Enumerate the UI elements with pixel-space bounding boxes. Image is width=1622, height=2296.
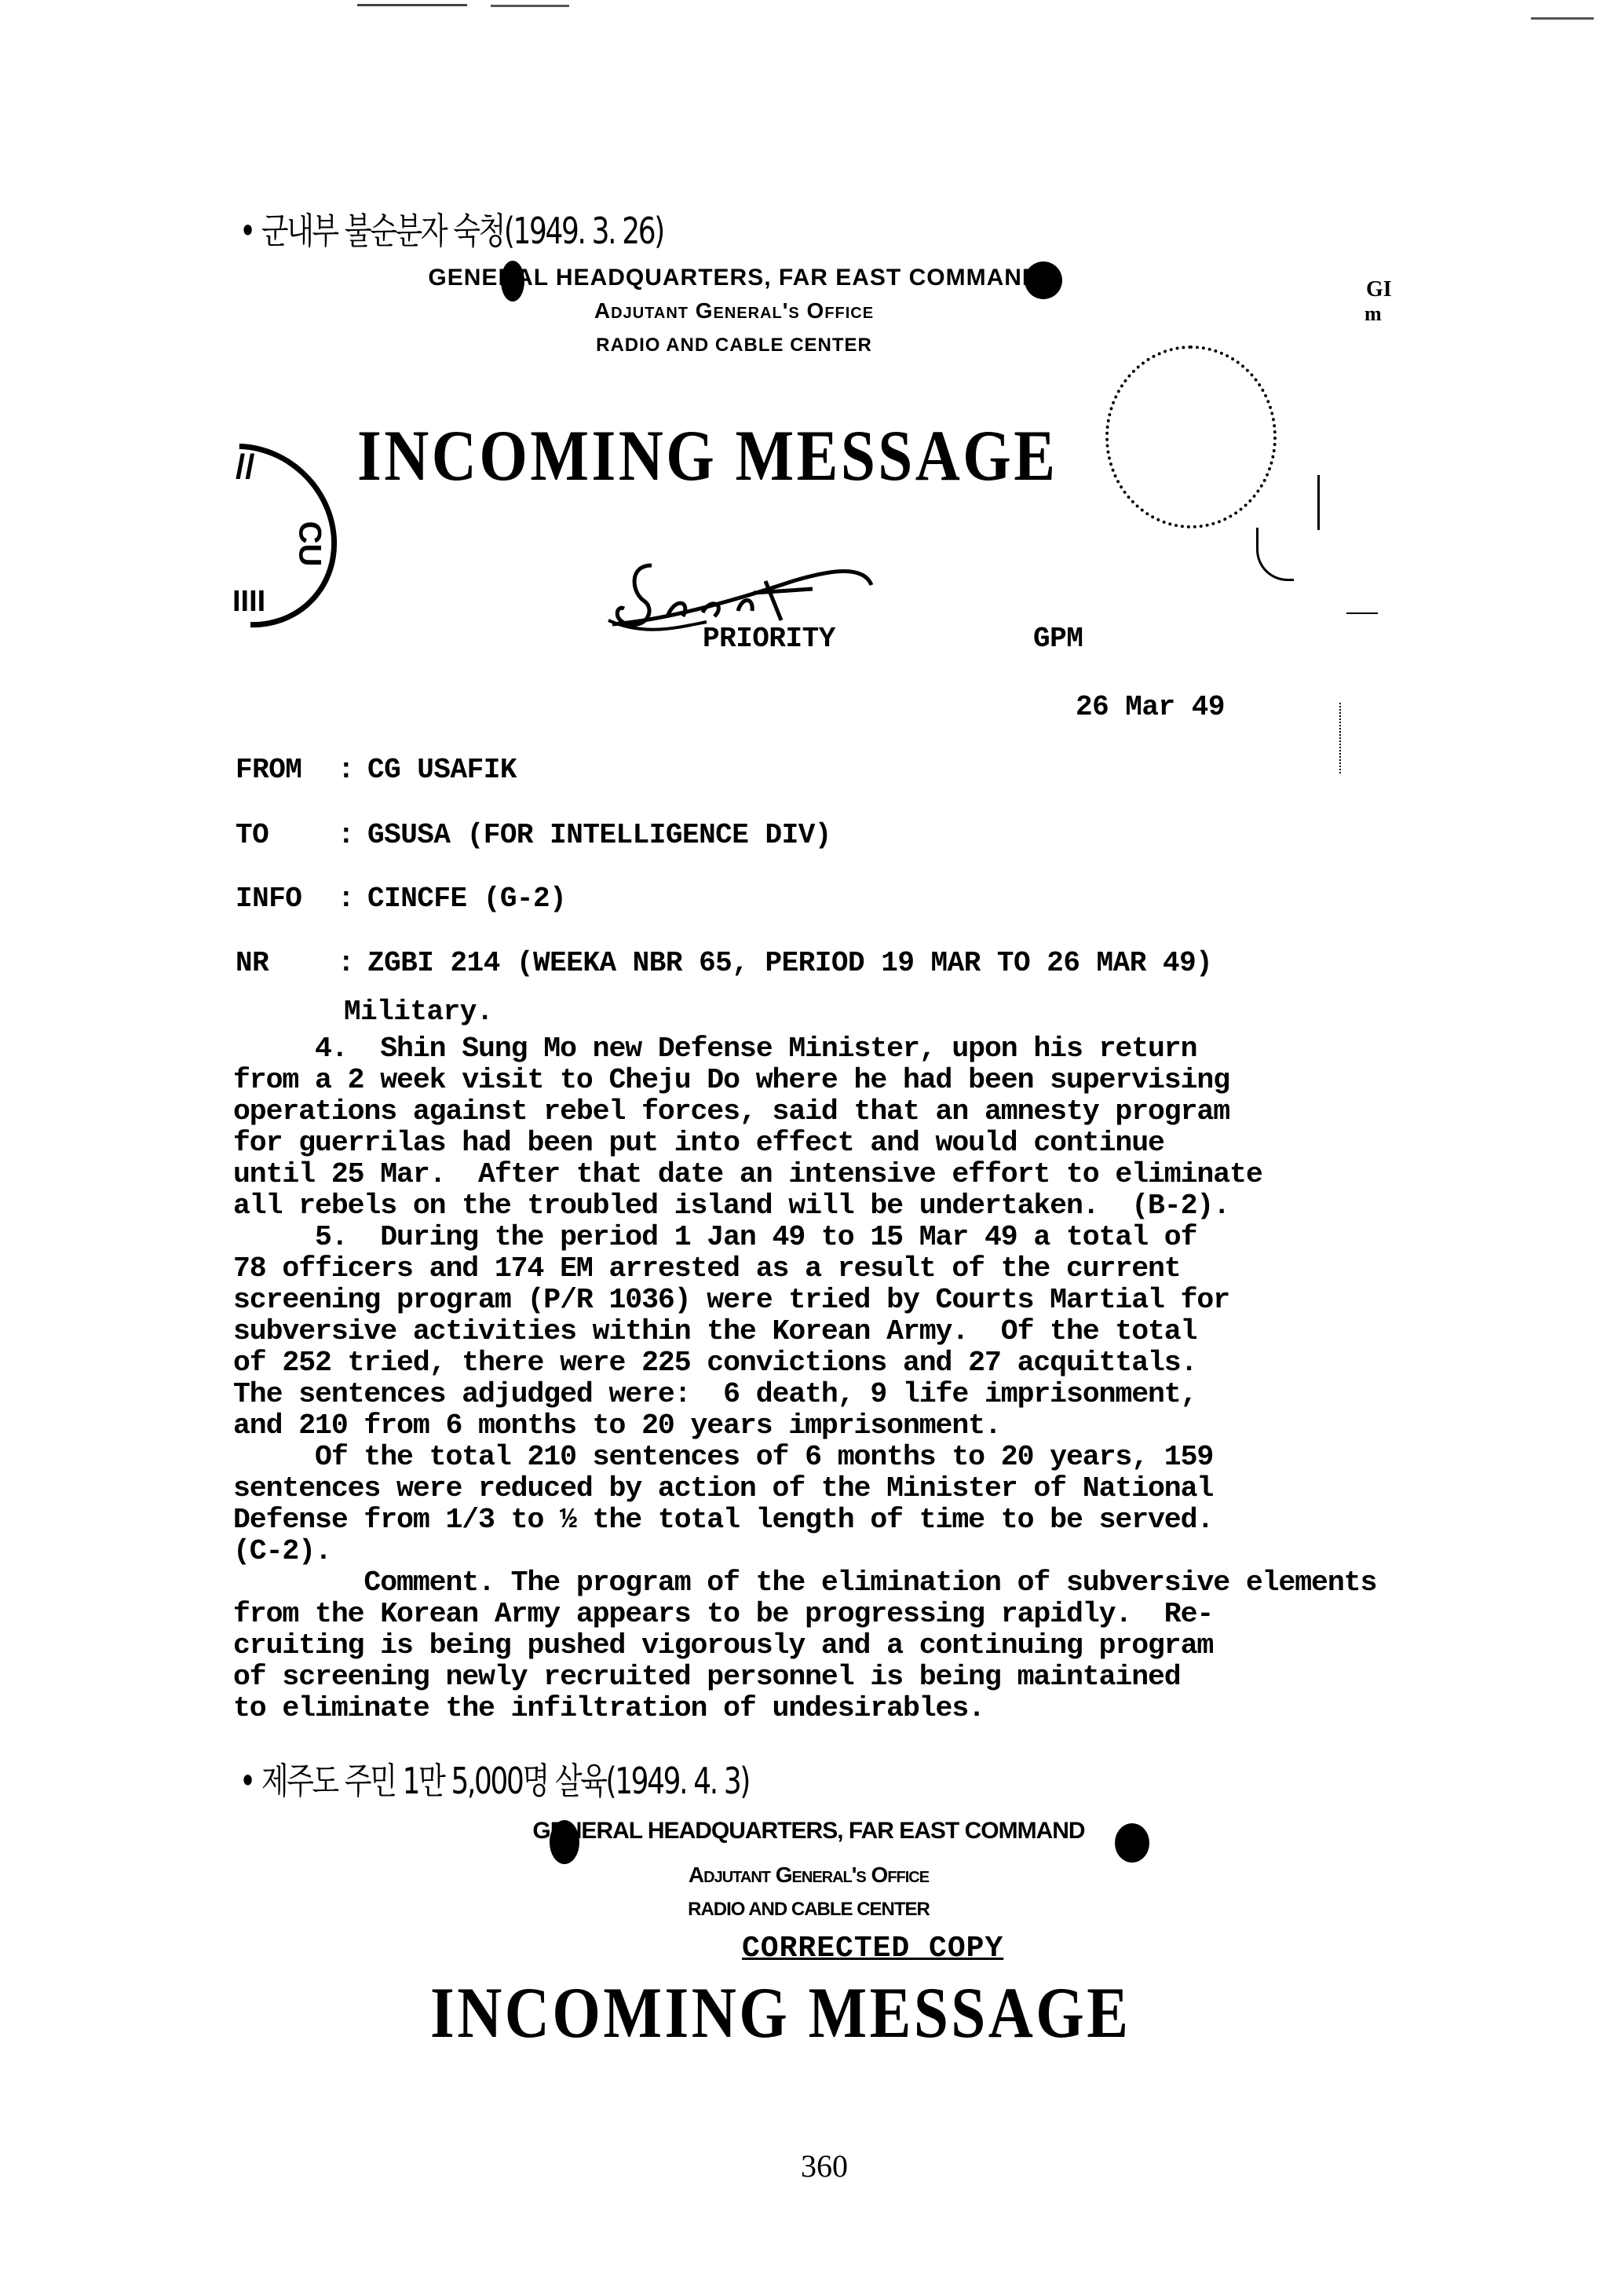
body-line: Defense from 1/3 to ½ the total length o… [233, 1504, 1376, 1536]
routing-label: NR [236, 947, 269, 979]
routing-to: TO:GSUSA (FOR INTELLIGENCE DIV) [236, 819, 269, 851]
caption-heading: • 제주도 주민 1만 5,000명 살육(1949. 4. 3) [239, 1753, 749, 1804]
body-line: all rebels on the troubled island will b… [233, 1190, 1376, 1222]
body-line: and 210 from 6 months to 20 years impris… [233, 1410, 1376, 1442]
body-line: The sentences adjudged were: 6 death, 9 … [233, 1379, 1376, 1410]
body-line: subversive activities within the Korean … [233, 1316, 1376, 1347]
message-date: 26 Mar 49 [1076, 691, 1225, 723]
body-line: of 252 tried, there were 225 convictions… [233, 1347, 1376, 1379]
body-line: from a 2 week visit to Cheju Do where he… [233, 1065, 1376, 1096]
postmark-stamp [1105, 345, 1277, 528]
routing-label: TO [236, 819, 269, 851]
message-body: 4. Shin Sung Mo new Defense Minister, up… [233, 1033, 1376, 1724]
body-line: from the Korean Army appears to be progr… [233, 1599, 1376, 1630]
letterhead-line-3: RADIO AND CABLE CENTER [455, 1899, 1162, 1921]
priority-label: PRIORITY [703, 623, 835, 655]
routing-from: FROM:CG USAFIK [236, 754, 301, 786]
body-line: operations against rebel forces, said th… [233, 1096, 1376, 1128]
body-line: to eliminate the infiltration of undesir… [233, 1693, 1376, 1724]
scan-artifact [357, 4, 467, 6]
body-line: (C-2). [233, 1536, 1376, 1567]
margin-mark: m [1364, 302, 1382, 326]
body-line: Comment. The program of the elimination … [233, 1567, 1376, 1599]
incoming-message-title: INCOMING MESSAGE [357, 414, 1058, 497]
letterhead-line-2: Adjutant General's Office [396, 298, 1072, 324]
margin-line [1317, 475, 1320, 530]
margin-line [1339, 703, 1343, 773]
routing-value: CINCFE (G-2) [367, 883, 566, 915]
margin-line [1346, 612, 1378, 614]
incoming-message-title: INCOMING MESSAGE [430, 1971, 1131, 2054]
redaction-blot [1115, 1823, 1149, 1863]
body-line: until 25 Mar. After that date an intensi… [233, 1159, 1376, 1190]
body-line: cruiting is being pushed vigorously and … [233, 1630, 1376, 1662]
message-code: GPM [1033, 623, 1083, 655]
stamp-text: CU [291, 521, 327, 567]
body-line: 5. During the period 1 Jan 49 to 15 Mar … [233, 1222, 1376, 1253]
routing-value: ZGBI 214 (WEEKA NBR 65, PERIOD 19 MAR TO… [367, 947, 1212, 979]
routing-value: GSUSA (FOR INTELLIGENCE DIV) [367, 819, 831, 851]
caption-heading: • 군내부 불순분자 숙청(1949. 3. 26) [239, 203, 663, 254]
stamp-text: IIII [232, 585, 265, 619]
routing-value: CG USAFIK [367, 754, 517, 786]
redaction-blot [1025, 261, 1062, 299]
corrected-copy-label: CORRECTED COPY [742, 1932, 1003, 1965]
margin-mark: GI [1366, 277, 1392, 302]
letterhead-line-3: RADIO AND CABLE CENTER [396, 335, 1072, 356]
body-line: sentences were reduced by action of the … [233, 1473, 1376, 1504]
page-number: 360 [801, 2148, 848, 2184]
body-line: 78 officers and 174 EM arrested as a res… [233, 1253, 1376, 1285]
redaction-blot [501, 261, 524, 302]
body-line: for guerrilas had been put into effect a… [233, 1128, 1376, 1159]
body-line: of screening newly recruited personnel i… [233, 1662, 1376, 1693]
margin-arc [1256, 528, 1294, 581]
received-stamp [115, 406, 375, 666]
scan-artifact [491, 5, 569, 7]
stamp-text: // [236, 448, 254, 487]
section-title: Military. [344, 996, 493, 1028]
letterhead-line-2: Adjutant General's Office [455, 1863, 1162, 1888]
body-line: 4. Shin Sung Mo new Defense Minister, up… [233, 1033, 1376, 1065]
routing-label: INFO [236, 883, 301, 915]
redaction-blot [550, 1820, 579, 1864]
letterhead-line-1: GENERAL HEADQUARTERS, FAR EAST COMMAND [396, 265, 1072, 291]
routing-info: INFO:CINCFE (G-2) [236, 883, 301, 915]
body-line: Of the total 210 sentences of 6 months t… [233, 1442, 1376, 1473]
body-line: screening program (P/R 1036) were tried … [233, 1285, 1376, 1316]
routing-nr: NR:ZGBI 214 (WEEKA NBR 65, PERIOD 19 MAR… [236, 947, 269, 979]
routing-label: FROM [236, 754, 301, 786]
scan-artifact [1531, 17, 1594, 20]
